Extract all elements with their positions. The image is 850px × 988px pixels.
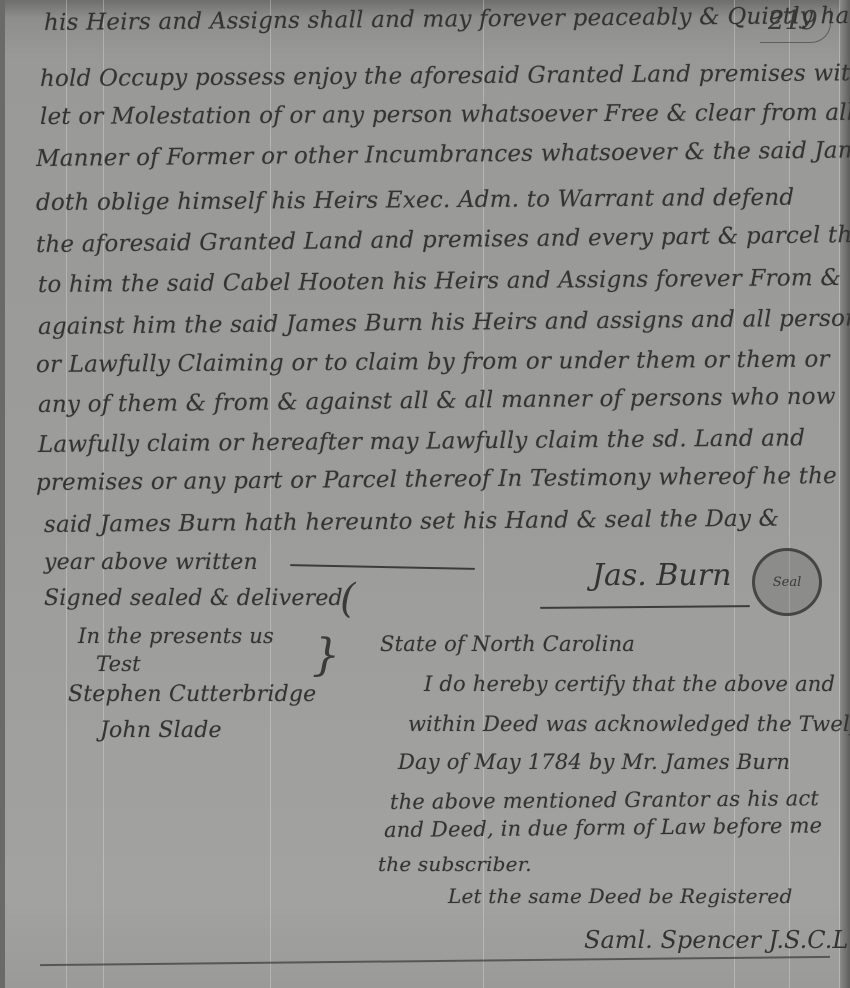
deed-line: Manner of Former or other Incumbrances w… <box>36 136 850 172</box>
deed-line: premises or any part or Parcel thereof I… <box>36 463 837 496</box>
signature-underline <box>540 605 750 609</box>
deed-line: his Heirs and Assigns shall and may fore… <box>44 3 850 36</box>
signed-sealed-delivered: Signed sealed & delivered <box>44 586 343 611</box>
deed-line: hold Occupy possess enjoy the aforesaid … <box>40 60 850 92</box>
certificate-line: and Deed, in due form of Law before me <box>384 813 822 842</box>
deed-line: said James Burn hath hereunto set his Ha… <box>44 506 780 538</box>
certificate-line: the above mentioned Grantor as his act <box>390 786 819 814</box>
wax-seal: Seal <box>752 548 822 616</box>
witness-name: Stephen Cutterbridge <box>68 682 316 707</box>
test-label: Test <box>96 652 141 676</box>
presence-line: In the presents us <box>78 624 274 648</box>
page-left-edge <box>0 0 5 988</box>
deed-line: against him the said James Burn his Heir… <box>38 305 850 340</box>
certificate-line: within Deed was acknowledged the Twelfth <box>408 712 850 736</box>
deed-line: the aforesaid Granted Land and premises … <box>36 221 850 258</box>
judge-signature: Saml. Spencer J.S.C.L.E. <box>584 926 850 954</box>
closing-rule <box>290 564 475 570</box>
witness-name: John Slade <box>100 718 222 743</box>
grantor-signature: Jas. Burn <box>592 558 731 593</box>
page-bottom-rule <box>40 956 830 966</box>
deed-line: let or Molestation of or any person what… <box>40 99 850 130</box>
document-page: 219 his Heirs and Assigns shall and may … <box>0 0 850 988</box>
register-order: Let the same Deed be Registered <box>448 884 792 908</box>
certificate-state: State of North Carolina <box>380 632 635 656</box>
deed-line: to him the said Cabel Hooten his Heirs a… <box>38 265 841 298</box>
deed-line: any of them & from & against all & all m… <box>38 384 836 418</box>
seal-label: Seal <box>773 575 802 590</box>
certificate-line: Day of May 1784 by Mr. James Burn <box>398 750 790 774</box>
deed-line: Lawfully claim or hereafter may Lawfully… <box>38 425 805 458</box>
deed-line: doth oblige himself his Heirs Exec. Adm.… <box>36 185 794 216</box>
deed-line: or Lawfully Claiming or to claim by from… <box>36 346 830 378</box>
certificate-line: I do hereby certify that the above and <box>424 672 835 696</box>
brace: } <box>312 630 340 681</box>
brace: ( <box>340 576 356 622</box>
deed-line: year above written <box>44 550 258 575</box>
certificate-line: the subscriber. <box>378 852 532 876</box>
